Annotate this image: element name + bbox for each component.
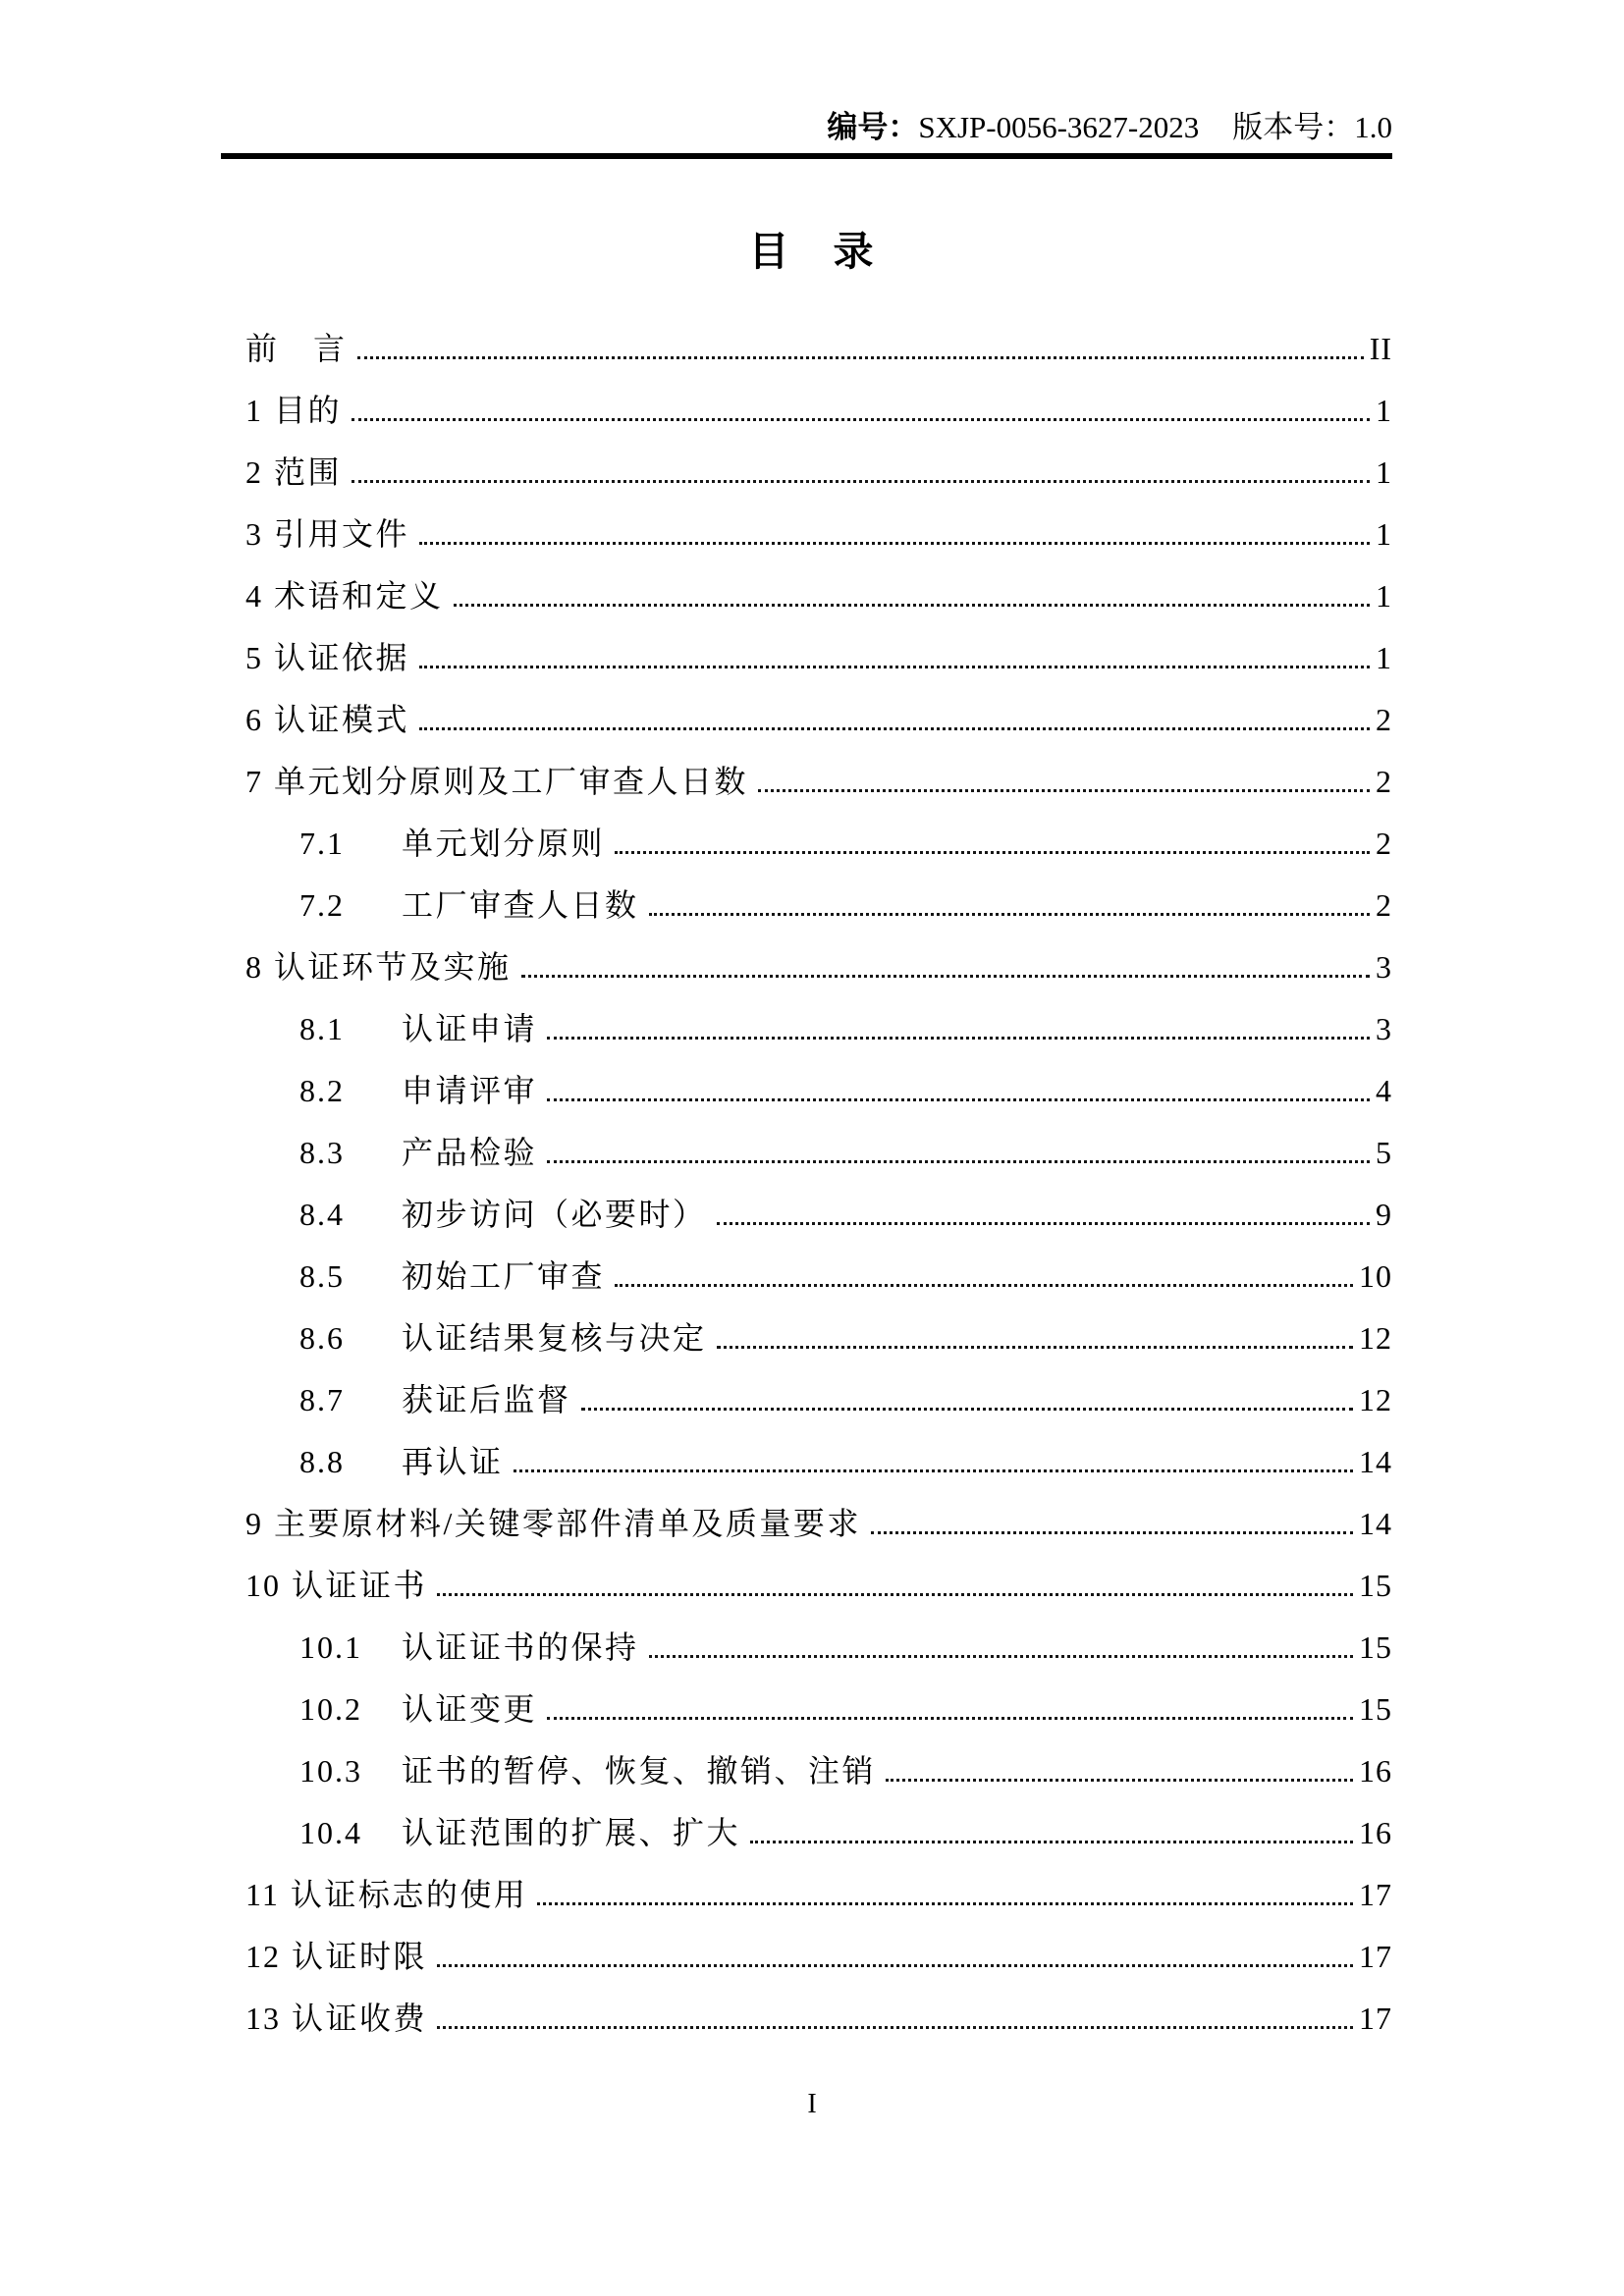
toc-entry: 12 认证时限 17 [245,1941,1392,2002]
toc-entry-page: 14 [1359,1508,1392,1541]
toc-entry-page: 17 [1359,1879,1392,1912]
toc-entry: 前 言 II [245,333,1392,395]
toc-entry-title: 工厂审查人日数 [402,889,639,923]
toc-entry-page: 5 [1376,1137,1392,1170]
toc-entry: 8.5 初始工厂审查 10 [245,1260,1392,1322]
toc-entry-number: 10.3 [299,1755,402,1789]
toc-entry-page: 1 [1376,518,1392,552]
toc-entry-number: 8.3 [299,1137,402,1170]
toc-entry: 10.2 认证变更 15 [245,1693,1392,1755]
toc-entry-title: 认证环节及实施 [274,951,512,985]
version-value: 1.0 [1354,110,1392,144]
toc-entry-title: 认证证书的保持 [402,1631,639,1665]
doc-number-value: SXJP-0056-3627-2023 [918,110,1199,144]
toc-dot-leader [547,1717,1353,1720]
toc-entry-number: 2 [245,456,263,490]
toc-dot-leader [615,1284,1353,1287]
toc-entry-title: 前 言 [245,333,348,366]
toc-dot-leader [886,1779,1353,1782]
toc-entry: 1 目的 1 [245,395,1392,456]
toc-entry-page: 9 [1376,1199,1392,1232]
toc-dot-leader [357,356,1364,359]
toc-entry-number: 8.7 [299,1384,402,1417]
toc-entry-page: 17 [1359,1941,1392,1974]
toc-entry-page: 17 [1359,2002,1392,2036]
toc-entry-page: 12 [1359,1384,1392,1417]
toc-entry-title: 术语和定义 [274,580,444,614]
toc-entry-number: 4 [245,580,263,614]
toc-entry: 7.2 工厂审查人日数 2 [245,889,1392,951]
toc-entry-number: 9 [245,1508,263,1541]
toc-entry-title: 引用文件 [274,518,409,552]
toc-entry-page: 1 [1376,642,1392,675]
toc-entry-number: 12 [245,1941,281,1974]
toc-entry-title: 认证申请 [402,1013,537,1046]
toc-dot-leader [454,604,1370,607]
toc-entry: 8.6 认证结果复核与决定 12 [245,1322,1392,1384]
toc-entry: 11 认证标志的使用 17 [245,1879,1392,1941]
toc-entry-number: 1 [245,395,263,428]
toc-entry-number: 7.1 [299,828,402,861]
toc-entry: 8.2 申请评审 4 [245,1075,1392,1137]
toc-entry-title: 认证收费 [292,2002,427,2036]
toc-entry: 8.8 再认证 14 [245,1446,1392,1508]
toc-dot-leader [758,789,1370,792]
toc-dot-leader [649,913,1370,916]
toc-entry-page: 16 [1359,1755,1392,1789]
toc-entry: 9 主要原材料/关键零部件清单及质量要求 14 [245,1508,1392,1570]
toc-entry: 2 范围 1 [245,456,1392,518]
toc-entry: 7.1 单元划分原则 2 [245,828,1392,889]
toc-entry-number: 13 [245,2002,281,2036]
toc-entry-page: 15 [1359,1570,1392,1603]
toc-entry-page: 1 [1376,580,1392,614]
toc-entry-number: 3 [245,518,263,552]
toc-dot-leader [581,1408,1353,1411]
toc-entry: 4 术语和定义 1 [245,580,1392,642]
toc-entry-page: 2 [1376,889,1392,923]
toc-entry-number: 8.4 [299,1199,402,1232]
toc-entry-title: 初始工厂审查 [402,1260,605,1294]
toc-entry-page: 4 [1376,1075,1392,1108]
toc-entry: 8 认证环节及实施 3 [245,951,1392,1013]
toc-dot-leader [649,1655,1353,1658]
toc-entry-page: 3 [1376,951,1392,985]
toc-entry: 10.1 认证证书的保持 15 [245,1631,1392,1693]
toc-entry: 6 认证模式 2 [245,704,1392,766]
toc-entry-title: 申请评审 [402,1075,537,1108]
toc-entry-title: 认证依据 [274,642,409,675]
toc-entry-page: 16 [1359,1817,1392,1850]
toc-entry: 8.7 获证后监督 12 [245,1384,1392,1446]
toc-entry-title: 认证证书 [292,1570,427,1603]
toc-dot-leader [537,1902,1353,1905]
toc-dot-leader [352,418,1370,421]
toc-dot-leader [547,1098,1370,1101]
toc-entry: 8.3 产品检验 5 [245,1137,1392,1199]
toc-entry-number: 8.8 [299,1446,402,1479]
header-rule-divider [221,153,1392,159]
toc-dot-leader [437,2026,1353,2029]
toc-entry-page: 3 [1376,1013,1392,1046]
toc-entry-page: 2 [1376,828,1392,861]
toc-dot-leader [352,480,1370,483]
toc-dot-leader [419,727,1370,730]
toc-dot-leader [514,1469,1353,1472]
toc-entry-page: 2 [1376,766,1392,799]
toc-entry-page: 14 [1359,1446,1392,1479]
toc-dot-leader [419,542,1370,545]
footer-page-number: I [0,2089,1624,2120]
toc-entry-number: 10 [245,1570,281,1603]
toc-entry: 10 认证证书 15 [245,1570,1392,1631]
toc-dot-leader [437,1964,1353,1967]
toc-dot-leader [547,1037,1370,1040]
doc-number-label: 编号： [827,110,918,144]
toc-entry-number: 8.6 [299,1322,402,1356]
toc-entry-number: 8 [245,951,263,985]
toc-entry-page: 15 [1359,1631,1392,1665]
toc-entry: 3 引用文件 1 [245,518,1392,580]
toc-dot-leader [615,851,1370,854]
toc-entry: 13 认证收费 17 [245,2002,1392,2064]
toc-entry-title: 认证时限 [292,1941,427,1974]
toc-entry: 10.4 认证范围的扩展、扩大 16 [245,1817,1392,1879]
toc-entry-title: 主要原材料/关键零部件清单及质量要求 [274,1508,861,1541]
toc-dot-leader [717,1346,1353,1349]
toc-entry-title: 单元划分原则 [402,828,605,861]
toc-entry-number: 10.2 [299,1693,402,1727]
toc-entry: 8.4 初步访问（必要时） 9 [245,1199,1392,1260]
toc-entry-number: 6 [245,704,263,737]
toc-entry-title: 认证标志的使用 [291,1879,528,1912]
toc-entry-page: 15 [1359,1693,1392,1727]
toc-entry-title: 单元划分原则及工厂审查人日数 [274,766,748,799]
toc-dot-leader [717,1222,1370,1225]
toc-entry-title: 再认证 [402,1446,504,1479]
toc-entry-number: 10.1 [299,1631,402,1665]
toc-entry-title: 获证后监督 [402,1384,571,1417]
toc-entry-number: 7.2 [299,889,402,923]
toc-entry-title: 目的 [274,395,342,428]
toc-entry-title: 初步访问（必要时） [402,1199,707,1232]
toc-dot-leader [437,1593,1353,1596]
toc-entry-title: 认证范围的扩展、扩大 [402,1817,740,1850]
toc-entry: 5 认证依据 1 [245,642,1392,704]
page-title: 目 录 [0,232,1624,272]
toc-entry-page: II [1370,333,1392,366]
toc-entry-title: 范围 [274,456,342,490]
toc-entry-number: 8.5 [299,1260,402,1294]
toc: 前 言 II 1 目的 1 2 范围 1 3 引用文件 1 4 术语和定义 1 … [245,333,1392,2064]
toc-entry-page: 12 [1359,1322,1392,1356]
toc-entry-title: 认证结果复核与决定 [402,1322,707,1356]
toc-entry-page: 10 [1359,1260,1392,1294]
toc-entry-number: 10.4 [299,1817,402,1850]
toc-dot-leader [750,1841,1353,1843]
toc-entry: 8.1 认证申请 3 [245,1013,1392,1075]
toc-dot-leader [547,1160,1370,1163]
toc-dot-leader [871,1531,1353,1534]
toc-entry-page: 1 [1376,456,1392,490]
toc-entry-title: 认证模式 [274,704,409,737]
toc-entry-number: 8.2 [299,1075,402,1108]
toc-entry-number: 5 [245,642,263,675]
toc-dot-leader [521,975,1370,978]
toc-dot-leader [419,666,1370,668]
toc-entry-number: 11 [245,1879,280,1912]
toc-entry: 7 单元划分原则及工厂审查人日数 2 [245,766,1392,828]
toc-entry-number: 8.1 [299,1013,402,1046]
toc-entry-page: 1 [1376,395,1392,428]
toc-entry-page: 2 [1376,704,1392,737]
toc-entry-title: 产品检验 [402,1137,537,1170]
page-header: 编号：SXJP-0056-3627-2023版本号：1.0 [221,110,1392,145]
toc-entry-number: 7 [245,766,263,799]
toc-entry: 10.3 证书的暂停、恢复、撤销、注销 16 [245,1755,1392,1817]
version-label: 版本号： [1232,110,1354,144]
toc-entry-title: 认证变更 [402,1693,537,1727]
toc-entry-title: 证书的暂停、恢复、撤销、注销 [402,1755,876,1789]
